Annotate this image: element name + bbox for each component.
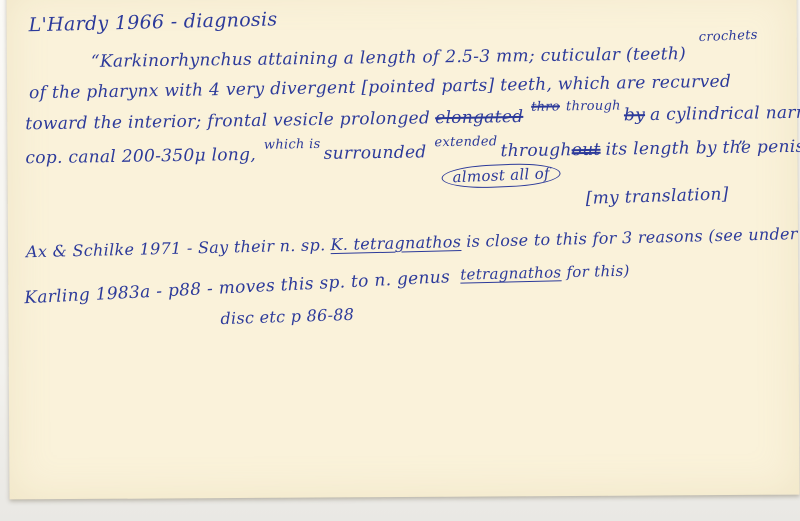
index-card: L'Hardy 1966 - diagnosis crochets “Karki…: [6, 0, 799, 499]
ax-schilke-citation: Ax & Schilke 1971 - Say their n. sp.: [26, 235, 326, 261]
quote-line-4-end: its length by the penis,: [605, 137, 800, 160]
ax-schilke-continuation-text: for this): [566, 262, 630, 281]
circled-correction: almost all of: [441, 163, 561, 188]
insertion-extended: extended: [434, 134, 497, 150]
species-name-underlined: K. tetragnathos: [330, 232, 461, 254]
struck-word-by: by: [624, 105, 645, 125]
quote-line-4-through: through: [500, 140, 571, 161]
quote-line-4: cop. canal 200-350μ long,which issurroun…: [25, 137, 800, 169]
struck-insertion-thro: thro: [531, 99, 560, 114]
quote-line-4-surrounded: surrounded: [324, 142, 427, 164]
karling-line-2: disc etc p 86-88: [220, 305, 354, 328]
quote-line-4-text: cop. canal 200-350μ long,: [25, 145, 256, 168]
ax-schilke-remark: is close to this for 3 reasons (see unde…: [466, 224, 800, 251]
struck-word-out: out: [571, 140, 600, 160]
annotation-crochets: crochets: [698, 28, 758, 45]
translation-note: [my translation]: [585, 184, 729, 209]
quote-line-3-end: a cylindrical narrow: [650, 102, 800, 125]
ax-schilke-line: Ax & Schilke 1971 - Say their n. sp.K. t…: [26, 223, 800, 261]
quote-line-3-text: toward the interior; frontal vesicle pro…: [25, 108, 430, 134]
quote-line-3: toward the interior; frontal vesicle pro…: [25, 102, 800, 134]
heading-citation: L'Hardy 1966 - diagnosis: [28, 8, 277, 36]
circled-almost-all-of: almost all of: [441, 162, 561, 190]
quote-line-2: of the pharynx with 4 very divergent [po…: [29, 72, 731, 104]
insertion-which-is: which is: [264, 137, 321, 153]
struck-word-elongated: elongated: [435, 107, 523, 128]
ax-schilke-continuation: tetragnathosfor this): [460, 262, 635, 284]
quote-line-1: “Karkinorhynchus attaining a length of 2…: [91, 44, 686, 72]
species-name-underlined-cont: tetragnathos: [460, 263, 562, 283]
insertion-through: through: [566, 98, 621, 114]
scanned-page: L'Hardy 1966 - diagnosis crochets “Karki…: [0, 0, 800, 521]
karling-line: Karling 1983a - p88 - moves this sp. to …: [24, 267, 451, 308]
closing-quote-mark: ”: [737, 138, 746, 158]
